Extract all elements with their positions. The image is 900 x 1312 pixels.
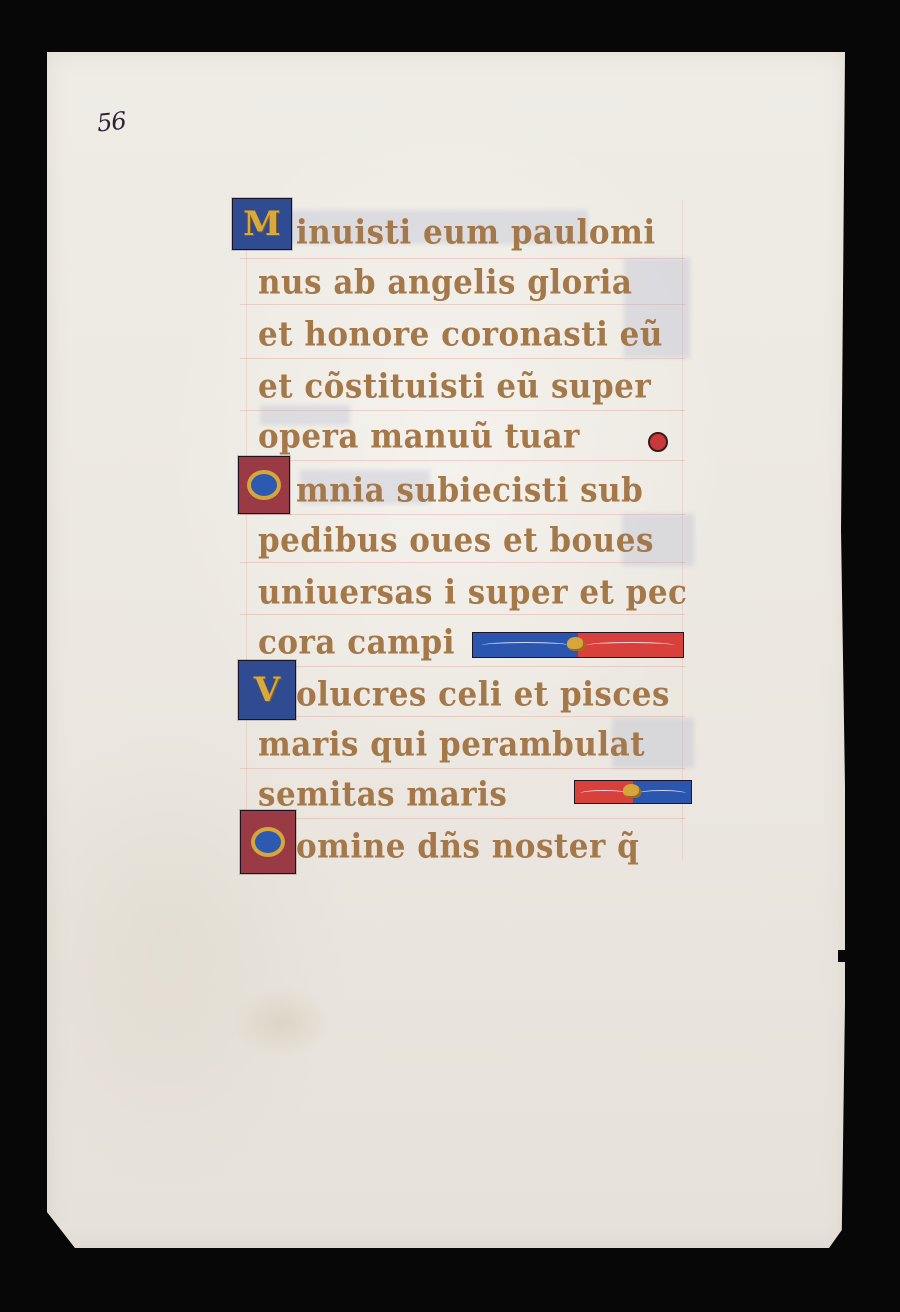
text-line: uniuersas i super et pec xyxy=(258,573,687,612)
initial-letter: V xyxy=(254,670,280,710)
text-line: cora campi xyxy=(258,623,455,662)
text-line: et honore coronasti eũ xyxy=(258,315,663,354)
ruling-line xyxy=(240,614,685,615)
illuminated-initial-d: D xyxy=(240,810,296,874)
illuminated-initial-v: V xyxy=(238,660,296,720)
filler-segment-red xyxy=(578,633,683,657)
text-line: omine dñs noster q̃ xyxy=(296,827,639,866)
initial-gold-ring: D xyxy=(251,827,285,857)
edge-damage xyxy=(838,950,846,962)
gold-leaf-ornament xyxy=(623,784,641,798)
text-line: inuisti eum paulomi xyxy=(296,213,656,252)
text-line: opera manuũ tuar xyxy=(258,417,580,456)
ruling-line xyxy=(240,258,685,259)
ruling-line xyxy=(240,768,685,769)
ruling-line xyxy=(240,562,685,563)
ruling-line xyxy=(240,460,685,461)
ruling-line xyxy=(240,666,685,667)
illuminated-initial-m: M xyxy=(232,198,292,250)
text-line: nus ab angelis gloria xyxy=(258,263,633,302)
initial-letter: M xyxy=(243,204,281,244)
filler-segment-blue xyxy=(633,781,691,803)
ruling-line xyxy=(240,818,685,819)
initial-letter: O xyxy=(264,485,265,486)
initial-gold-ring: O xyxy=(247,470,281,500)
margin-ruling xyxy=(246,200,247,860)
filler-segment-blue xyxy=(473,633,578,657)
folio-number: 56 xyxy=(96,107,127,138)
rubric-dot xyxy=(648,432,668,452)
ruling-line xyxy=(240,716,685,717)
ruling-line xyxy=(240,304,685,305)
initial-letter: D xyxy=(268,842,269,843)
text-line: et cõstituisti eũ super xyxy=(258,367,651,406)
illuminated-initial-o: O xyxy=(238,456,290,514)
text-line: pedibus oues et boues xyxy=(258,521,654,560)
line-filler xyxy=(472,632,684,658)
gold-leaf-ornament xyxy=(567,637,585,651)
ruling-line xyxy=(240,514,685,515)
line-filler xyxy=(574,780,692,804)
text-line: maris qui perambulat xyxy=(258,725,645,764)
text-line: mnia subiecisti sub xyxy=(296,471,643,510)
text-line: olucres celi et pisces xyxy=(296,675,670,714)
ruling-line xyxy=(240,358,685,359)
text-line: semitas maris xyxy=(258,775,507,814)
